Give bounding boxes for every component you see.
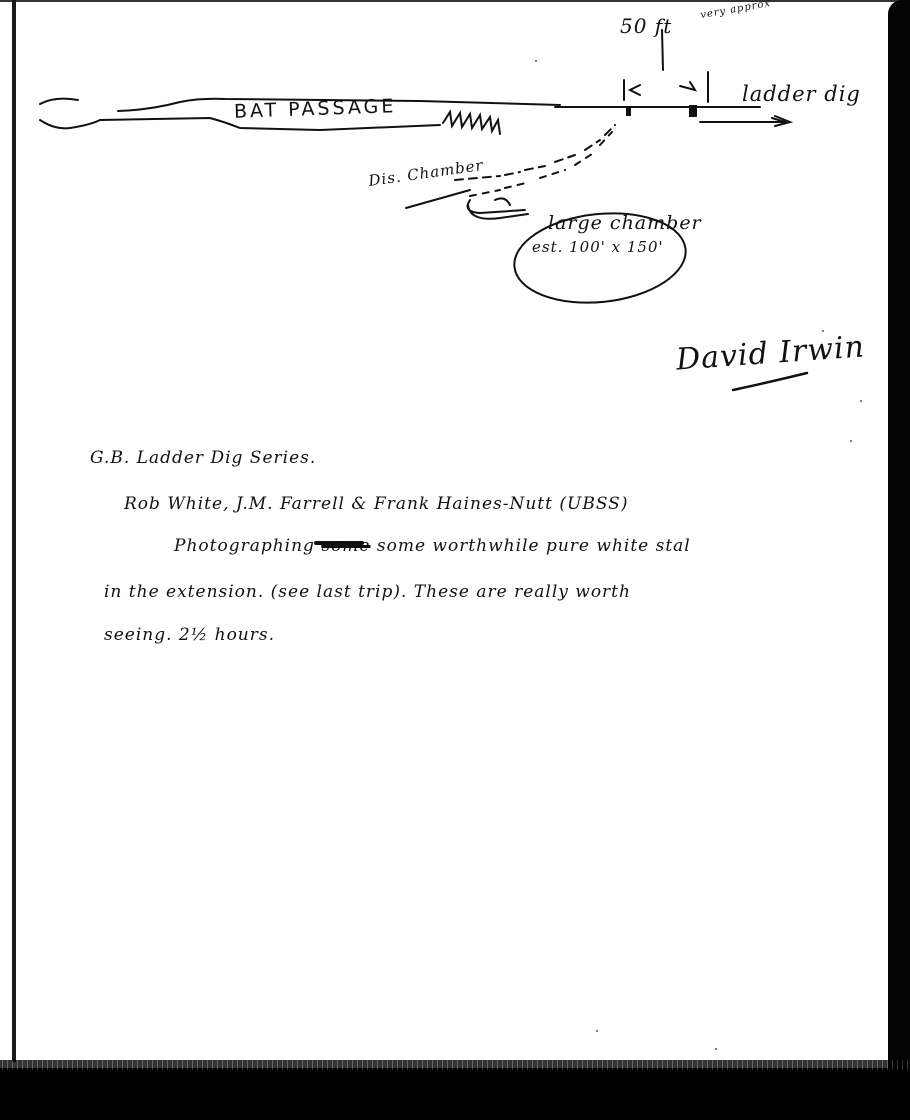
struck-word: some (321, 536, 370, 556)
scan-speck (715, 1048, 717, 1050)
entry-text-line: seeing. 2½ hours. (104, 625, 275, 645)
logbook-page: BAT PASSAGE 50 ft very approx ladder dig… (0, 0, 910, 1120)
leader-line (406, 190, 470, 208)
scan-speck (822, 330, 824, 332)
passage-squeeze (443, 112, 500, 134)
scan-bottom-shadow (0, 1068, 910, 1120)
scan-speck (850, 440, 852, 442)
direction-arrow (700, 116, 790, 126)
entry-text-rest: some worthwhile pure white stal (377, 536, 691, 556)
scan-speck (535, 60, 537, 62)
entry-text-line: Photographing some some worthwhile pure … (174, 536, 691, 556)
signature-underline (733, 373, 807, 390)
dashed-connection (470, 132, 612, 196)
arrow-right (680, 82, 695, 90)
dis-chamber-outline (495, 198, 510, 205)
entry-text-line: in the extension. (see last trip). These… (104, 582, 631, 602)
scan-speck (596, 1030, 598, 1032)
survey-mark (690, 106, 696, 116)
passage-left-upper-wall (40, 99, 78, 104)
arrow-left (630, 85, 640, 95)
survey-mark (627, 107, 630, 115)
large-chamber-label: large chamber (548, 212, 702, 234)
distance-label: 50 ft (620, 14, 672, 38)
large-chamber-size: est. 100' x 150' (532, 238, 664, 256)
ladder-dig-label: ladder dig (742, 82, 861, 106)
dis-chamber-outline (468, 200, 525, 213)
entry-text-prefix: Photographing (174, 536, 315, 556)
entry-title: G.B. Ladder Dig Series. (90, 448, 316, 468)
scan-speck (860, 400, 862, 402)
entry-party: Rob White, J.M. Farrell & Frank Haines-N… (124, 494, 628, 514)
